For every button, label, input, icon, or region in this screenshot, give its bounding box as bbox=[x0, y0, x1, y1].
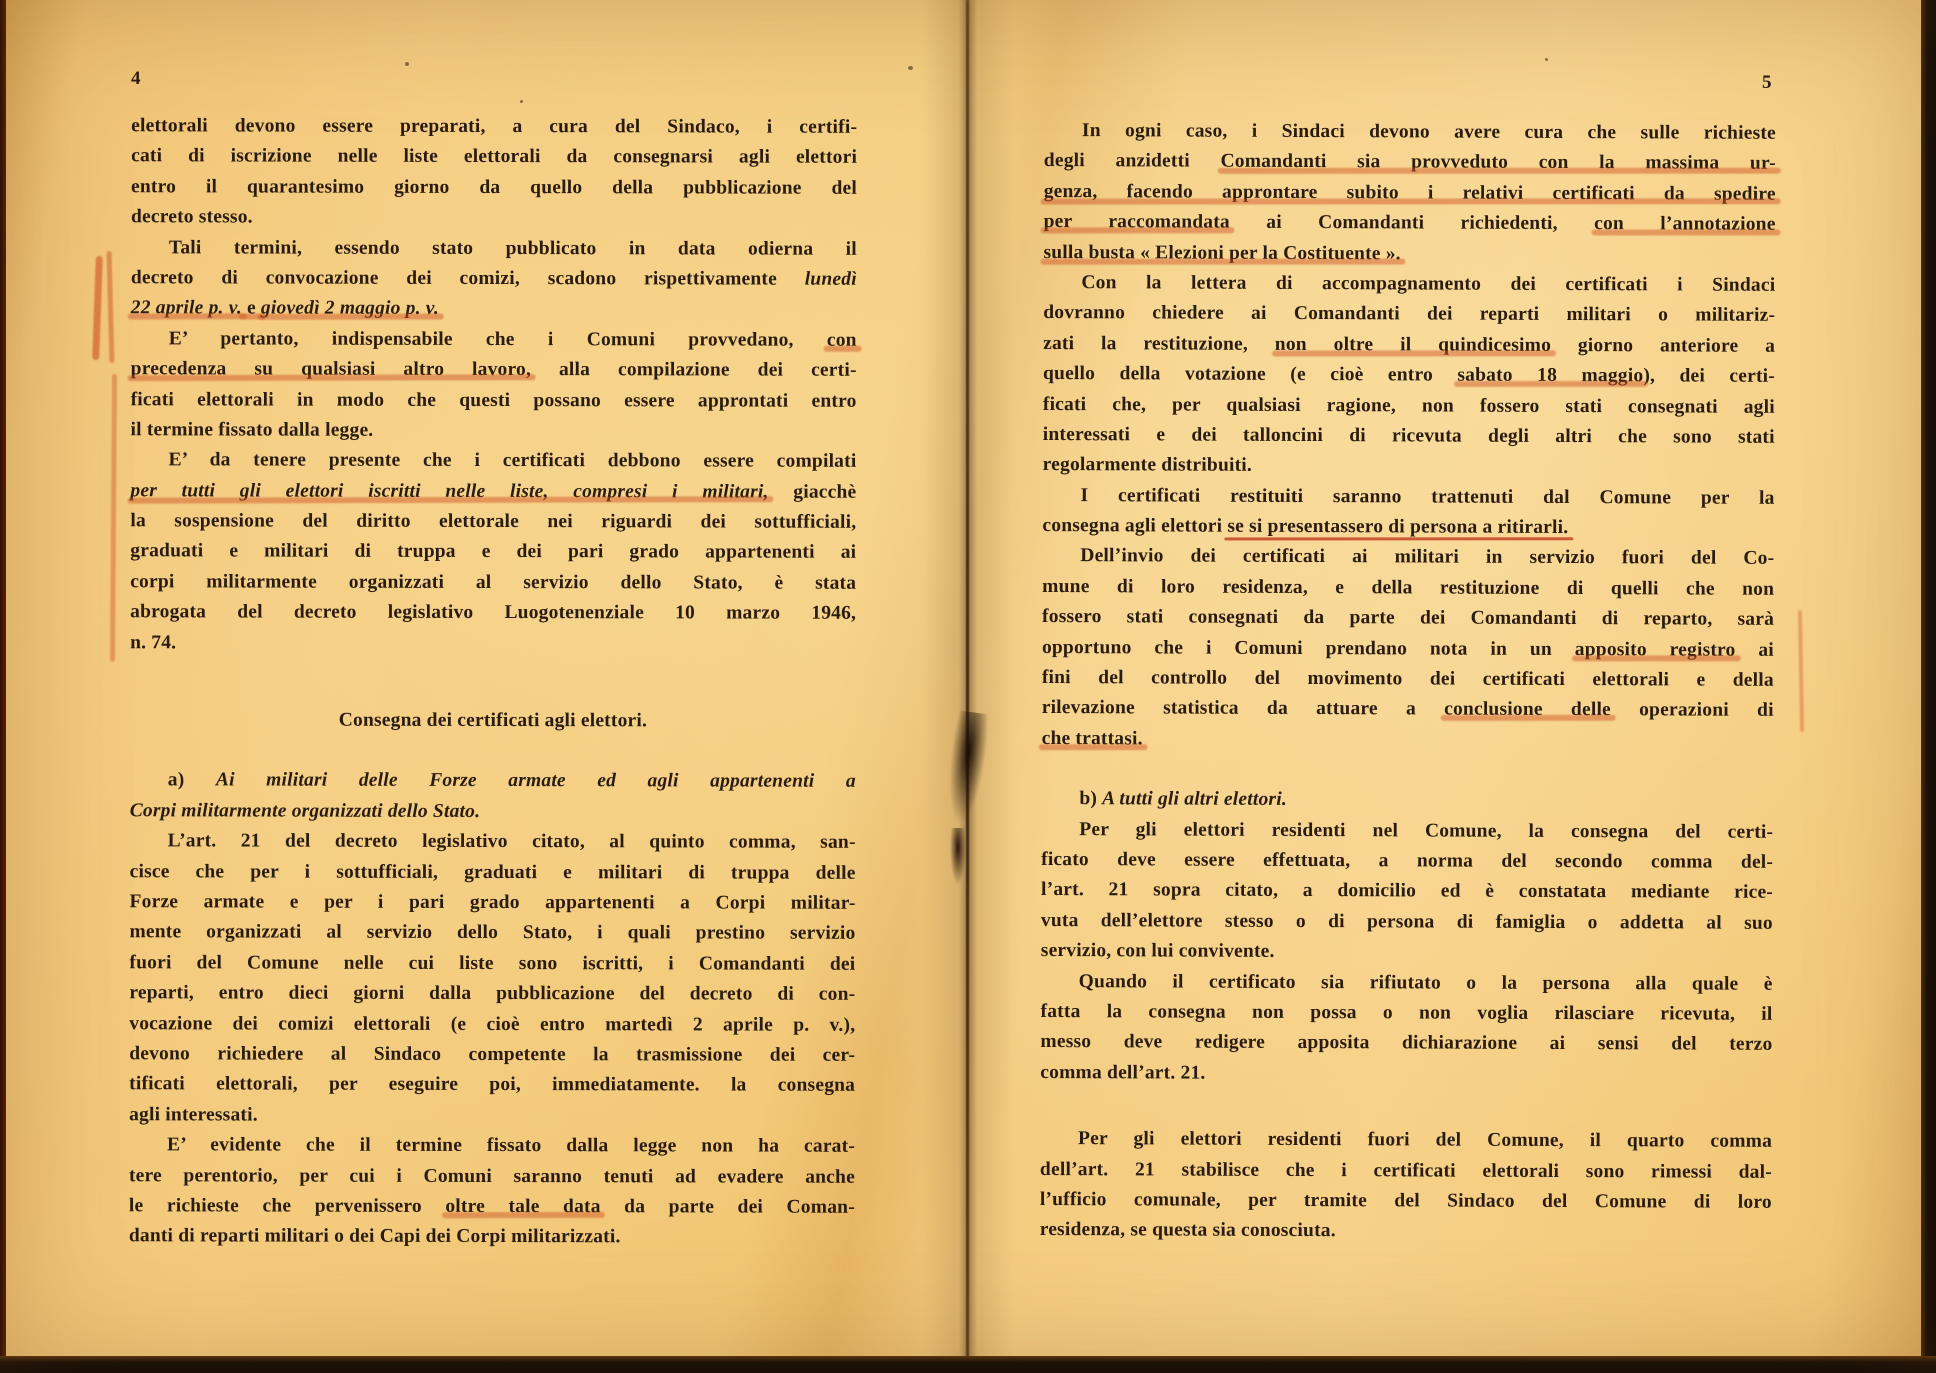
text-line: Per gli elettori residenti nel Comune, l… bbox=[1041, 815, 1773, 848]
text-line: E’ evidente che il termine fissato dalla… bbox=[129, 1130, 855, 1162]
crayon-underline: apposito registro bbox=[1575, 639, 1736, 661]
text-line: che trattasi. bbox=[1042, 724, 1774, 757]
paragraph: Dell’invio dei certificati ai militari i… bbox=[1042, 541, 1775, 757]
crayon-underline: 22 aprile p. v. bbox=[131, 298, 242, 319]
text-line: cati di iscrizione nelle liste elettoral… bbox=[131, 142, 857, 174]
text-line: dell’art. 21 stabilisce che i certificat… bbox=[1040, 1154, 1772, 1187]
text-line: tere perentorio, per cui i Comuni sarann… bbox=[129, 1161, 855, 1193]
text-line: abrogata del decreto legislativo Luogote… bbox=[130, 597, 856, 629]
text-run: decreto di convocazione dei comizi, scad… bbox=[131, 267, 805, 289]
crayon-underline: giovedì 2 maggio p. v. bbox=[261, 298, 439, 319]
paragraph: I certificati restituiti saranno tratten… bbox=[1042, 481, 1774, 545]
text-line: dovranno chiedere ai Comandanti dei repa… bbox=[1043, 298, 1775, 331]
paragraph: L’art. 21 del decreto legislativo citato… bbox=[129, 826, 856, 1131]
binding-fold-line bbox=[966, 0, 969, 1373]
text-run: Corpi militarmente organizzati dello Sta… bbox=[130, 800, 480, 822]
text-run: ), dei certi- bbox=[1643, 365, 1775, 387]
text-run: elettorali devono essere preparati, a cu… bbox=[131, 115, 857, 138]
crayon-margin-mark bbox=[92, 256, 103, 360]
paragraph: Tali termini, essendo stato pubblicato i… bbox=[131, 233, 857, 326]
text-line: graduati e militari di truppa e dei pari… bbox=[130, 537, 856, 569]
text-run: vuta dell’elettore stesso o di persona d… bbox=[1041, 910, 1773, 934]
text-run: interessati e dei talloncini di ricevuta… bbox=[1043, 424, 1775, 448]
paragraph: Per gli elettori residenti nel Comune, l… bbox=[1041, 815, 1774, 970]
text-run: ai Comandanti richiedenti, bbox=[1230, 212, 1594, 234]
page-number-right: 5 bbox=[1762, 72, 1772, 94]
text-line: mune di loro residenza, e della restituz… bbox=[1042, 572, 1774, 605]
crayon-underline: oltre tale data bbox=[445, 1196, 600, 1217]
crayon-margin-mark bbox=[107, 251, 115, 363]
text-run: Per gli elettori residenti fuori del Com… bbox=[1078, 1128, 1772, 1152]
text-run: n. 74. bbox=[130, 632, 176, 653]
text-line: decreto stesso. bbox=[131, 202, 857, 234]
text-run: regolarmente distribuiti. bbox=[1043, 454, 1252, 476]
text-run: operazioni di bbox=[1611, 700, 1774, 722]
text-line: 22 aprile p. v. e giovedì 2 maggio p. v. bbox=[131, 294, 857, 326]
text-run: mente organizzati al servizio dello Stat… bbox=[129, 922, 855, 945]
text-line: Quando il certificato sia rifiutato o la… bbox=[1041, 967, 1773, 1000]
text-run: graduati e militari di truppa e dei pari… bbox=[130, 541, 856, 564]
crayon-underline: precedenza su qualsiasi altro lavoro, bbox=[131, 358, 531, 380]
sub-item-heading: b) A tutti gli altri elettori. bbox=[1041, 784, 1773, 817]
text-line: L’art. 21 del decreto legislativo citato… bbox=[130, 826, 856, 858]
text-line: interessati e dei talloncini di ricevuta… bbox=[1043, 420, 1775, 453]
text-line: cisce che per i sottufficiali, graduati … bbox=[130, 857, 856, 889]
text-line: ficati elettorali in modo che questi pos… bbox=[131, 385, 857, 417]
text-line: Con la lettera di accompagnamento dei ce… bbox=[1043, 268, 1775, 301]
text-line: zati la restituzione, non oltre il quind… bbox=[1043, 329, 1775, 362]
text-run: devono richiedere al Sindaco competente … bbox=[129, 1043, 855, 1066]
paragraph: Con la lettera di accompagnamento dei ce… bbox=[1043, 268, 1776, 484]
text-run: le richieste che pervenissero bbox=[129, 1195, 445, 1217]
text-run: b) bbox=[1079, 788, 1102, 809]
text-line: mente organizzati al servizio dello Stat… bbox=[129, 918, 855, 950]
text-run: fossero stati consegnati da parte dei Co… bbox=[1042, 606, 1774, 630]
crayon-underline: conclusione delle bbox=[1444, 699, 1611, 721]
paragraph: Quando il certificato sia rifiutato o la… bbox=[1040, 967, 1772, 1091]
binding-thread bbox=[950, 828, 966, 884]
text-run: fini del controllo del movimento dei cer… bbox=[1042, 667, 1774, 691]
text-run: l’ufficio comunale, per tramite del Sind… bbox=[1040, 1189, 1772, 1213]
text-run: reparti, entro dieci giorni dalla pubbli… bbox=[129, 982, 855, 1005]
text-line: la sospensione del diritto elettorale ne… bbox=[130, 506, 856, 538]
text-run: residenza, se questa sia conosciuta. bbox=[1040, 1219, 1336, 1241]
text-line: le richieste che pervenissero oltre tale… bbox=[129, 1191, 855, 1223]
text-line: agli interessati. bbox=[129, 1100, 855, 1132]
text-run: cisce che per i sottufficiali, graduati … bbox=[130, 861, 856, 884]
text-line: E’ da tenere presente che i certificati … bbox=[130, 446, 856, 478]
text-run: corpi militarmente organizzati al serviz… bbox=[130, 571, 856, 594]
text-run: decreto stesso. bbox=[131, 206, 253, 227]
text-run: danti di reparti militari o dei Capi dei… bbox=[129, 1226, 621, 1248]
text-run: opportuno che i Comuni prendano nota in … bbox=[1042, 637, 1575, 660]
text-line: vocazione dei comizi elettorali (e cioè … bbox=[129, 1009, 855, 1041]
text-line: devono richiedere al Sindaco competente … bbox=[129, 1039, 855, 1071]
text-line: danti di reparti militari o dei Capi dei… bbox=[129, 1222, 855, 1254]
text-run: Per gli elettori residenti nel Comune, l… bbox=[1079, 819, 1773, 843]
text-line: reparti, entro dieci giorni dalla pubbli… bbox=[129, 978, 855, 1010]
crayon-underline: sabato 18 maggio bbox=[1457, 365, 1643, 387]
text-run: E’ da tenere presente che i certificati … bbox=[168, 450, 856, 472]
text-line: Tali termini, essendo stato pubblicato i… bbox=[131, 233, 857, 265]
text-line: comma dell’art. 21. bbox=[1040, 1058, 1772, 1091]
crayon-underline: con bbox=[827, 329, 857, 350]
crayon-underline: non oltre il quindicesimo bbox=[1275, 334, 1551, 356]
text-line: elettorali devono essere preparati, a cu… bbox=[131, 111, 857, 143]
text-run: agli interessati. bbox=[129, 1104, 258, 1125]
text-run: a) bbox=[168, 770, 216, 791]
text-line: regolarmente distribuiti. bbox=[1043, 450, 1775, 483]
text-run: ai bbox=[1736, 639, 1774, 660]
text-run: alla compilazione dei certi- bbox=[531, 359, 857, 381]
text-line: per tutti gli elettori iscritti nelle li… bbox=[130, 476, 856, 508]
text-line: servizio, con lui convivente. bbox=[1041, 936, 1773, 969]
text-line: opportuno che i Comuni prendano nota in … bbox=[1042, 633, 1774, 666]
crayon-margin-mark bbox=[1798, 610, 1804, 732]
text-run: rilevazione statistica da attuare a bbox=[1042, 697, 1444, 720]
text-line: decreto di convocazione dei comizi, scad… bbox=[131, 263, 857, 295]
paragraph: elettorali devono essere preparati, a cu… bbox=[131, 111, 857, 234]
crayon-underline: Comandanti sia provveduto con la massima… bbox=[1220, 151, 1775, 174]
dust-speck bbox=[405, 62, 409, 66]
text-run: abrogata del decreto legislativo Luogote… bbox=[130, 601, 856, 624]
text-run: fatta la consegna non possa o non voglia… bbox=[1041, 1001, 1773, 1025]
text-run: ficati elettorali in modo che questi pos… bbox=[131, 389, 857, 412]
text-line: n. 74. bbox=[130, 628, 856, 660]
crayon-underline: sulla busta « Elezioni per la Costituent… bbox=[1043, 242, 1400, 264]
text-line: l’ufficio comunale, per tramite del Sind… bbox=[1040, 1185, 1772, 1218]
crayon-underline: per raccomandata bbox=[1044, 211, 1230, 233]
text-run: lunedì bbox=[805, 269, 857, 290]
text-run: Consegna dei certificati agli elettori. bbox=[339, 710, 647, 732]
text-run: E’ evidente che il termine fissato dalla… bbox=[167, 1134, 855, 1156]
crayon-underline: genza, facendo approntare subito i relat… bbox=[1044, 181, 1776, 205]
crayon-underline: che trattasi. bbox=[1042, 728, 1143, 749]
text-run: Quando il certificato sia rifiutato o la… bbox=[1079, 971, 1773, 995]
dust-speck bbox=[520, 100, 523, 103]
text-line: Consegna dei certificati agli elettori. bbox=[130, 705, 856, 737]
text-line: In ogni caso, i Sindaci devono avere cur… bbox=[1044, 116, 1776, 149]
scanned-booklet-spread: 4 5 elettorali devono essere preparati, … bbox=[0, 0, 1936, 1373]
text-run: Tali termini, essendo stato pubblicato i… bbox=[169, 237, 857, 259]
text-line: tificati elettorali, per eseguire poi, i… bbox=[129, 1070, 855, 1102]
text-line: Forze armate e per i pari grado apparten… bbox=[130, 887, 856, 919]
text-line: Corpi militarmente organizzati dello Sta… bbox=[130, 796, 856, 828]
page-body-left: elettorali devono essere preparati, a cu… bbox=[129, 111, 857, 1253]
text-line: messo deve redigere apposita dichiarazio… bbox=[1040, 1027, 1772, 1060]
text-line: I certificati restituiti saranno tratten… bbox=[1042, 481, 1774, 514]
paragraph: Per gli elettori residenti fuori del Com… bbox=[1040, 1124, 1772, 1248]
text-run: tificati elettorali, per eseguire poi, i… bbox=[129, 1074, 855, 1097]
text-run: messo deve redigere apposita dichiarazio… bbox=[1040, 1031, 1772, 1055]
paragraph: E’ pertanto, indispensabile che i Comuni… bbox=[130, 324, 856, 447]
text-run: I certificati restituiti saranno tratten… bbox=[1081, 485, 1775, 509]
text-run: da parte dei Coman- bbox=[601, 1196, 855, 1218]
text-run: vocazione dei comizi elettorali (e cioè … bbox=[129, 1013, 855, 1036]
text-line: Per gli elettori residenti fuori del Com… bbox=[1040, 1124, 1772, 1157]
text-line: degli anzidetti Comandanti sia provvedut… bbox=[1044, 146, 1776, 179]
scan-edge-bottom bbox=[0, 1356, 1936, 1373]
crayon-underline: se si presentassero di persona a ritirar… bbox=[1227, 516, 1568, 538]
text-line: b) A tutti gli altri elettori. bbox=[1041, 784, 1773, 817]
text-run: E’ pertanto, indispensabile che i Comuni… bbox=[169, 328, 827, 350]
text-line: vuta dell’elettore stesso o di persona d… bbox=[1041, 906, 1773, 939]
text-line: precedenza su qualsiasi altro lavoro, al… bbox=[131, 354, 857, 386]
text-line: ficati che, per qualsiasi ragione, non f… bbox=[1043, 390, 1775, 423]
text-run: comma dell’art. 21. bbox=[1040, 1062, 1205, 1084]
section-heading: Consegna dei certificati agli elettori. bbox=[130, 705, 856, 737]
text-run: la sospensione del diritto elettorale ne… bbox=[130, 510, 856, 533]
crayon-underline: per tutti gli elettori iscritti nelle li… bbox=[130, 480, 768, 502]
text-run: L’art. 21 del decreto legislativo citato… bbox=[168, 831, 856, 853]
crayon-underline: con l’annotazione bbox=[1594, 213, 1776, 235]
text-run: entro il quarantesimo giorno da quello d… bbox=[131, 176, 857, 199]
sub-item-heading: a) Ai militari delle Forze armate ed agl… bbox=[130, 766, 856, 828]
page-body-right: In ogni caso, i Sindaci devono avere cur… bbox=[1040, 116, 1776, 1248]
text-line: fossero stati consegnati da parte dei Co… bbox=[1042, 602, 1774, 635]
text-run: ficati che, per qualsiasi ragione, non f… bbox=[1043, 394, 1775, 418]
text-line: Dell’invio dei certificati ai militari i… bbox=[1042, 541, 1774, 574]
text-line: genza, facendo approntare subito i relat… bbox=[1044, 177, 1776, 210]
text-line: sulla busta « Elezioni per la Costituent… bbox=[1043, 238, 1775, 271]
paragraph: E’ evidente che il termine fissato dalla… bbox=[129, 1130, 855, 1253]
scan-edge-left bbox=[0, 0, 6, 1373]
text-line: consegna agli elettori se si presentasse… bbox=[1042, 511, 1774, 544]
text-run: fuori del Comune nelle cui liste sono is… bbox=[129, 952, 855, 975]
paragraph: In ogni caso, i Sindaci devono avere cur… bbox=[1043, 116, 1776, 271]
text-run: dovranno chiedere ai Comandanti dei repa… bbox=[1043, 302, 1775, 326]
text-line: a) Ai militari delle Forze armate ed agl… bbox=[130, 766, 856, 798]
text-run: zati la restituzione, bbox=[1043, 333, 1275, 355]
text-run: giacchè bbox=[769, 481, 857, 502]
text-run: mune di loro residenza, e della restituz… bbox=[1042, 576, 1774, 600]
text-run: il termine fissato dalla legge. bbox=[131, 419, 374, 441]
text-run: Forze armate e per i pari grado apparten… bbox=[130, 891, 856, 914]
text-line: residenza, se questa sia conosciuta. bbox=[1040, 1215, 1772, 1248]
text-line: E’ pertanto, indispensabile che i Comuni… bbox=[131, 324, 857, 356]
text-run: giorno anteriore a bbox=[1551, 335, 1775, 357]
text-run: dell’art. 21 stabilisce che i certificat… bbox=[1040, 1158, 1772, 1182]
text-run: Dell’invio dei certificati ai militari i… bbox=[1080, 546, 1774, 570]
text-line: ficato deve essere effettuata, a norma d… bbox=[1041, 845, 1773, 878]
paragraph: E’ da tenere presente che i certificati … bbox=[130, 446, 856, 660]
text-line: corpi militarmente organizzati al serviz… bbox=[130, 567, 856, 599]
text-line: fuori del Comune nelle cui liste sono is… bbox=[129, 948, 855, 980]
text-run: tere perentorio, per cui i Comuni sarann… bbox=[129, 1165, 855, 1188]
text-run: A tutti gli altri elettori. bbox=[1102, 788, 1287, 810]
text-line: rilevazione statistica da attuare a conc… bbox=[1042, 693, 1774, 726]
page-number-left: 4 bbox=[131, 68, 141, 90]
dust-speck bbox=[1545, 58, 1548, 61]
dust-speck bbox=[908, 66, 913, 70]
text-run: Con la lettera di accompagnamento dei ce… bbox=[1081, 272, 1775, 296]
text-run: cati di iscrizione nelle liste elettoral… bbox=[131, 146, 857, 169]
text-run: In ogni caso, i Sindaci devono avere cur… bbox=[1082, 120, 1776, 144]
text-run: consegna agli elettori bbox=[1042, 515, 1227, 537]
text-run: ficato deve essere effettuata, a norma d… bbox=[1041, 849, 1773, 873]
text-run: servizio, con lui convivente. bbox=[1041, 940, 1275, 962]
text-run: quello della votazione (e cioè entro bbox=[1043, 363, 1457, 386]
text-line: fatta la consegna non possa o non voglia… bbox=[1041, 997, 1773, 1030]
text-line: per raccomandata ai Comandanti richieden… bbox=[1044, 207, 1776, 240]
text-run: l’art. 21 sopra citato, a domicilio ed è… bbox=[1041, 879, 1773, 903]
text-line: il termine fissato dalla legge. bbox=[130, 415, 856, 447]
crayon-margin-mark bbox=[110, 374, 117, 662]
text-run: degli anzidetti bbox=[1044, 150, 1221, 172]
text-run: Ai militari delle Forze armate ed agli a… bbox=[216, 770, 856, 792]
text-line: fini del controllo del movimento dei cer… bbox=[1042, 663, 1774, 696]
text-line: l’art. 21 sopra citato, a domicilio ed è… bbox=[1041, 875, 1773, 908]
text-line: quello della votazione (e cioè entro sab… bbox=[1043, 359, 1775, 392]
text-line: entro il quarantesimo giorno da quello d… bbox=[131, 172, 857, 204]
scan-edge-right bbox=[1921, 0, 1936, 1373]
